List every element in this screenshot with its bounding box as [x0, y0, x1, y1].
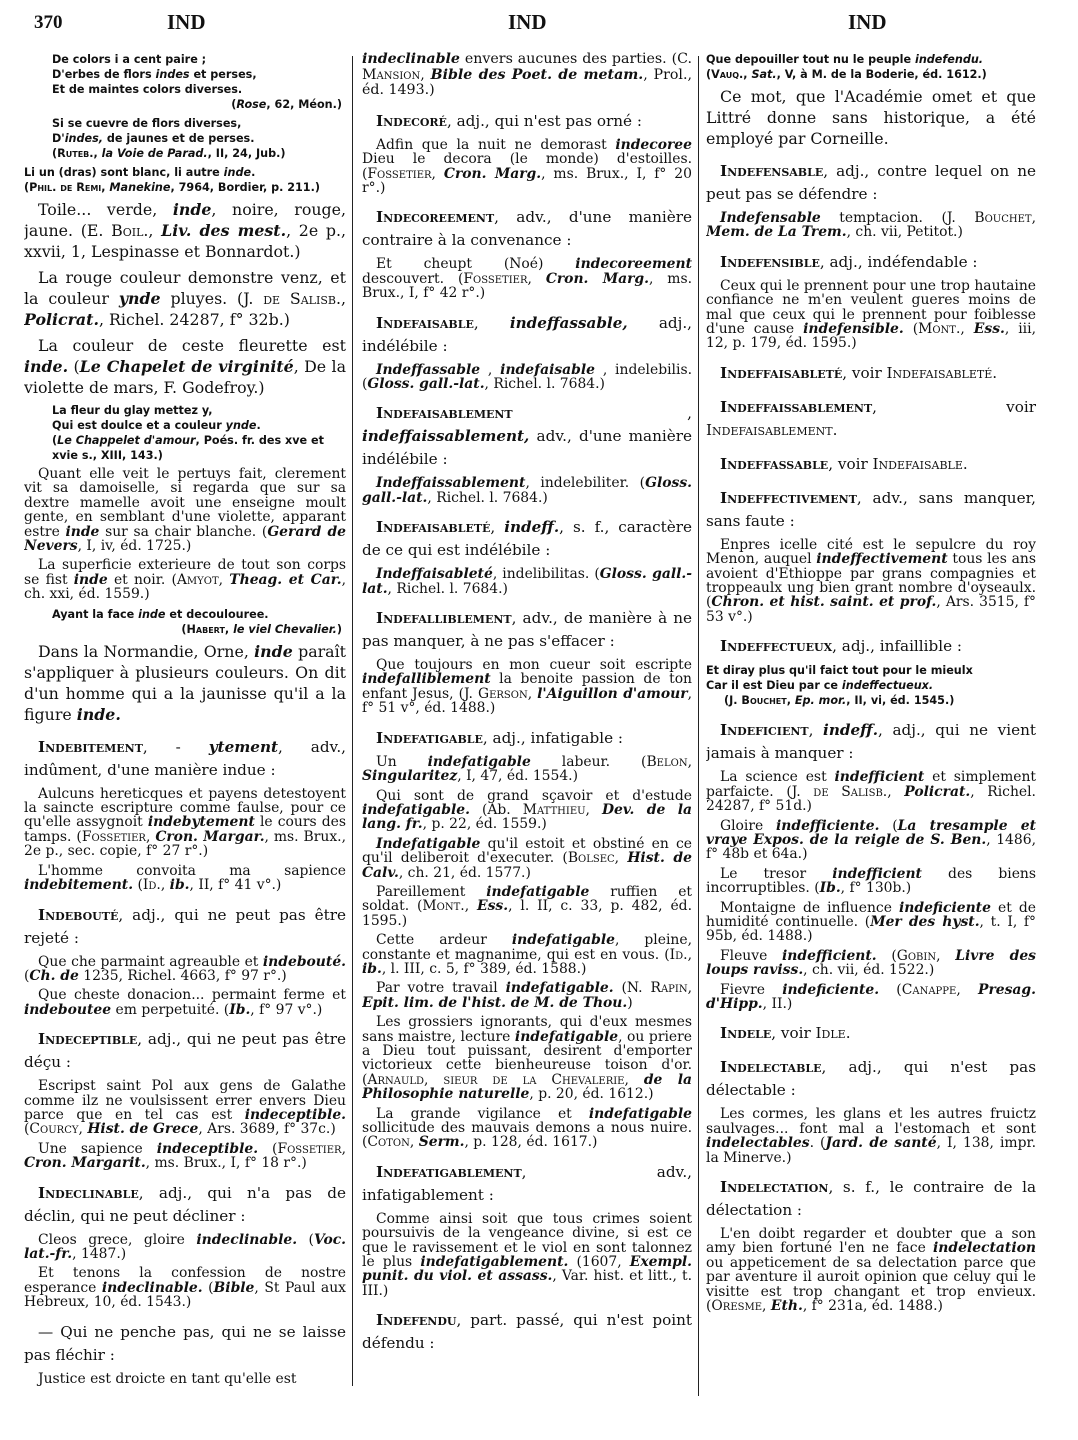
column-right: Que depouiller tout nu le peuple indefen… — [706, 52, 1036, 1440]
italic-text: indefendu. — [915, 53, 983, 66]
text-run: envers aucunes des parties. (C. — [460, 52, 692, 67]
author-name: Idle — [816, 1024, 846, 1042]
italic-text: Eth. — [771, 1298, 803, 1314]
quotation: Indeffassable , indefaisable , indelebil… — [362, 363, 692, 392]
author-name: Bouchet — [741, 694, 786, 707]
commentary: Dans la Normandie, Orne, inde paraît s'a… — [24, 641, 346, 725]
author-name: Indefaisablement — [706, 421, 833, 439]
text-run: , 7964, Bordier, p. 211.) — [170, 181, 319, 194]
italic-text: inde. — [24, 357, 68, 376]
text-run: , II, vi, éd. 1545.) — [846, 694, 954, 707]
text-run: Dans la Normandie, Orne, — [38, 642, 254, 661]
text-run: De colors i a cent paire ; — [52, 53, 206, 66]
text-run: , II, f° 41 v°.) — [190, 877, 282, 893]
headword: Indeffaisableté — [720, 364, 842, 382]
italic-text: Ch. de — [29, 968, 78, 984]
running-head-left: IND — [167, 10, 206, 35]
dictionary-entry: Indeceptible, adj., qui ne peut pas être… — [24, 1028, 346, 1074]
headword: Indele — [720, 1024, 771, 1042]
italic-text: le viel Chevalier. — [233, 623, 337, 636]
text-run: , f° 130b.) — [841, 880, 912, 896]
quotation: Que cheste donacion... permaint ferme et… — [24, 988, 346, 1017]
running-head-center: IND — [508, 10, 547, 35]
italic-text: ynde — [119, 289, 161, 308]
italic-text: Cron. Marg. — [546, 271, 649, 287]
text-run: , adj., indéfendable : — [820, 253, 978, 271]
citation: (Vauq., Sat., V, à M. de la Boderie, éd.… — [706, 67, 1036, 82]
text-run: , indelibilitas. ( — [493, 566, 600, 582]
headword: Indefensable — [720, 162, 823, 180]
text-run: , — [490, 518, 504, 536]
italic-text: Jard. de santé — [825, 1135, 936, 1151]
headword: Indeffassable — [720, 455, 828, 473]
italic-text: Mem. de La Trem. — [706, 224, 847, 240]
italic-text: Le Chappelet d'amour — [57, 434, 195, 447]
quotation: Ceux qui le prennent pour une trop hauta… — [706, 279, 1036, 351]
author-name: Mansion — [362, 67, 420, 83]
quotation: La superficie exterieure de tout son cor… — [24, 558, 346, 601]
headword: Indefatigablement — [376, 1163, 522, 1181]
text-run: La fleur du glay mettez y, — [52, 404, 213, 417]
text-run: Si se cuevre de flors diverses, — [52, 117, 241, 130]
italic-text: ytement — [209, 738, 278, 756]
quotation: Justice est droicte en tant qu'elle est — [24, 1372, 346, 1386]
verse-line: D'erbes de flors indes et perses, — [52, 67, 346, 82]
text-run: Les cormes, les glans et les autres frui… — [706, 1106, 1036, 1136]
author-name: Amyot — [177, 572, 219, 588]
quotation: indeclinable envers aucunes des parties.… — [362, 52, 692, 99]
dictionary-entry: Indefaisableté, indeff., s. f., caractèr… — [362, 516, 692, 562]
dictionary-entry: Indele, voir Idle. — [706, 1022, 1036, 1045]
text-run: , — [94, 147, 102, 160]
italic-text: indeclinable. — [196, 1232, 297, 1248]
italic-text: Sat. — [751, 68, 776, 81]
italic-text: indeff. — [823, 721, 878, 739]
author-name: de Salisb. — [263, 289, 341, 308]
italic-text: Manekine — [109, 181, 170, 194]
text-run: ( — [879, 982, 902, 998]
text-run: ) — [627, 995, 632, 1011]
commentary: Ce mot, que l'Académie omet et que Littr… — [706, 86, 1036, 149]
italic-text: la Voie de Parad. — [102, 147, 208, 160]
column-left: De colors i a cent paire ;D'erbes de flo… — [24, 52, 346, 1440]
headword: Indeficient — [720, 721, 809, 739]
text-run: Que depouiller tout nu le peuple — [706, 53, 915, 66]
text-run: La couleur de ceste fleurette est — [38, 336, 346, 355]
page-number: 370 — [34, 12, 63, 34]
text-run: , — [615, 850, 628, 866]
italic-text: inde — [138, 608, 165, 621]
headword: Indecoré — [376, 112, 447, 130]
headword: Indebouté — [38, 906, 118, 924]
italic-text: indeclinable — [362, 52, 460, 67]
dictionary-entry: Indefaisablement , indeffaissablement, a… — [362, 402, 692, 471]
verse-line: Que depouiller tout nu le peuple indefen… — [706, 52, 1036, 67]
dictionary-entry: Indefatigablement, adv., infatigablement… — [362, 1161, 692, 1207]
text-run: , — [410, 1134, 419, 1150]
text-run: , p. 22, éd. 1559.) — [423, 816, 547, 832]
text-run: . — [251, 166, 255, 179]
dictionary-entry: Indecoreement, adv., d'une manière contr… — [362, 206, 692, 252]
verse-quotation: Que depouiller tout nu le peuple indefen… — [706, 52, 1036, 82]
text-run: , p. 20, éd. 1612.) — [529, 1086, 653, 1102]
italic-text: Rose — [236, 98, 266, 111]
text-run: , — [1032, 210, 1036, 226]
dictionary-entry: Indecoré, adj., qui n'est pas orné : — [362, 110, 692, 133]
text-run: pluyes. (J. — [161, 289, 264, 308]
italic-text: indeboutee — [24, 1002, 111, 1018]
author-name: Habert — [187, 623, 225, 636]
text-run: , I, 47, éd. 1554.) — [457, 768, 578, 784]
verse-line: D'indes, de jaunes et de perses. — [52, 131, 346, 146]
headword: Indefaisablement — [376, 404, 513, 422]
italic-text: Ess. — [974, 321, 1005, 337]
author-name: Ruteb. — [57, 147, 93, 160]
verse-line: Si se cuevre de flors diverses, — [52, 116, 346, 131]
text-run: , 1487.) — [72, 1246, 126, 1262]
italic-text: Bible des Poet. de metam. — [431, 67, 644, 83]
italic-text: inde — [254, 642, 293, 661]
quotation: Quant elle veit le pertuys fait, clereme… — [24, 467, 346, 553]
text-run: , — [161, 877, 170, 893]
quotation: La grande vigilance et indefatigable sol… — [362, 1107, 692, 1150]
quotation: Un indefatigable labeur. (Belon, Singula… — [362, 755, 692, 784]
text-run: de jaunes et de perses. — [103, 132, 254, 145]
author-name: Boil. — [111, 221, 148, 240]
verse-line: Et diray plus qu'il faict tout pour le m… — [706, 663, 1036, 678]
author-name: Indefaisableté — [887, 364, 993, 382]
quotation: Une sapience indeceptible. (Fossetier, C… — [24, 1142, 346, 1171]
quotation: Escripst saint Pol aux gens de Galathe c… — [24, 1079, 346, 1137]
verse-line: Car il est Dieu par ce indeffectueux. — [706, 678, 1036, 693]
text-run: D'erbes de flors — [52, 68, 156, 81]
text-run: , — [342, 1141, 346, 1157]
dictionary-entry: Indeffaissablement, voir Indefaisablemen… — [706, 396, 1036, 442]
dictionary-entry: Indeffaisableté, voir Indefaisableté. — [706, 362, 1036, 385]
italic-text: indeficiente. — [782, 982, 879, 998]
verse-quotation: De colors i a cent paire ;D'erbes de flo… — [24, 52, 346, 112]
dictionary-entry: Indefensible, adj., indéfendable : — [706, 251, 1036, 274]
text-run: , — [787, 694, 795, 707]
italic-text: indes — [156, 68, 190, 81]
text-run: , — [513, 404, 692, 422]
text-run: ( — [133, 877, 143, 893]
text-run: Qui est doulce et a couleur — [52, 419, 226, 432]
text-run: , V, à M. de la Boderie, éd. 1612.) — [777, 68, 987, 81]
citation: (Rose, 62, Méon.) — [52, 97, 346, 112]
quotation: Et tenons la confession de nostre espera… — [24, 1266, 346, 1309]
verse-quotation: Si se cuevre de flors diverses,D'indes, … — [24, 116, 346, 161]
text-run: , — [762, 1298, 771, 1314]
author-name: Coton — [367, 1134, 409, 1150]
text-run: , — [219, 572, 230, 588]
text-run: Toile... verde, — [38, 200, 173, 219]
quotation: Montaigne de influence indeficiente et d… — [706, 901, 1036, 944]
text-run: , — [688, 754, 692, 770]
italic-text: Le Chapelet de virginité — [80, 357, 294, 376]
quotation: Cleos grece, gloire indeclinable. (Voc. … — [24, 1233, 346, 1262]
text-run: , adj., infaillible : — [832, 637, 962, 655]
commentary: La rouge couleur demonstre venz, et la c… — [24, 267, 346, 330]
text-run: , adj., qui n'est pas orné : — [447, 112, 642, 130]
italic-text: inde — [173, 200, 212, 219]
text-run: Justice est droicte en tant qu'elle est — [38, 1371, 296, 1387]
italic-text: Serm. — [419, 1134, 465, 1150]
quotation: Les cormes, les glans et les autres frui… — [706, 1107, 1036, 1165]
quotation: Cette ardeur indefatigable, pleine, cons… — [362, 933, 692, 976]
headword: Indecoreement — [376, 208, 494, 226]
dictionary-entry: Indeclinable, adj., qui n'a pas de décli… — [24, 1182, 346, 1228]
italic-text: indeffassable, — [510, 314, 628, 332]
text-run: Et diray plus qu'il faict tout pour le m… — [706, 664, 973, 677]
italic-text: Ep. mor. — [795, 694, 846, 707]
text-run: , ch. 21, éd. 1577.) — [399, 865, 531, 881]
text-run: , — [465, 898, 477, 914]
quotation: Adfin que la nuit ne demorast indecoree … — [362, 138, 692, 196]
commentary: Toile... verde, inde, noire, rouge, jaun… — [24, 199, 346, 262]
italic-text: Cron. Margarit. — [24, 1155, 146, 1171]
quotation: Que che parmaint agreauble et indebouté.… — [24, 955, 346, 984]
column-divider — [352, 56, 353, 1386]
author-name: Vauq. — [711, 68, 743, 81]
dictionary-entry: Indefatigable, adj., infatigable : — [362, 727, 692, 750]
dictionary-entry: Indefendu, part. passé, qui n'est point … — [362, 1309, 692, 1355]
text-run: , l. III, c. 5, f° 389, éd. 1588.) — [382, 961, 587, 977]
dictionary-entry: Indeficient, indeff., adj., qui ne vient… — [706, 719, 1036, 765]
headword: Indefendu — [376, 1311, 456, 1329]
text-run: Ayant la face — [52, 608, 138, 621]
quotation: Les grossiers ignorants, qui d'eux mesme… — [362, 1015, 692, 1101]
text-run: . — [963, 455, 968, 473]
verse-quotation: La fleur du glay mettez y,Qui est doulce… — [24, 403, 346, 463]
quotation: Le tresor indefficient des biens incorru… — [706, 867, 1036, 896]
text-run: , — [341, 289, 346, 308]
citation: (Le Chappelet d'amour, Poés. fr. des xve… — [52, 433, 346, 463]
quotation: Comme ainsi soit que tous crimes soient … — [362, 1212, 692, 1298]
headword: Indeffaissablement — [720, 398, 872, 416]
text-run: , voir — [842, 364, 886, 382]
italic-text: indeffaissablement, — [362, 427, 529, 445]
headword: Indefaisable — [376, 314, 474, 332]
headword: Indelectable — [720, 1058, 822, 1076]
quotation: Aulcuns hereticques et payens detestoyen… — [24, 787, 346, 859]
italic-text: indebitement. — [24, 877, 133, 893]
column-middle: indeclinable envers aucunes des parties.… — [362, 52, 692, 1440]
quotation: L'en doibt regarder et doubter que a son… — [706, 1227, 1036, 1313]
author-name: Belon — [646, 754, 687, 770]
text-run: . ( — [810, 1135, 826, 1151]
author-name: Id. — [143, 877, 161, 893]
headword: Indebitement — [38, 738, 143, 756]
text-run: , 62, Méon.) — [266, 98, 342, 111]
italic-text: Epit. lim. de l'hist. de M. de Thou. — [362, 995, 627, 1011]
italic-text: ib. — [170, 877, 190, 893]
text-run: . — [846, 1024, 851, 1042]
author-name: Oresme — [711, 1298, 762, 1314]
text-run: , — [148, 221, 161, 240]
verse-quotation: Ayant la face inde et decoulouree.(Haber… — [24, 607, 346, 637]
citation: (J. Bouchet, Ep. mor., II, vi, éd. 1545.… — [706, 693, 1036, 708]
text-run: ) — [337, 623, 342, 636]
text-run: , — [432, 166, 444, 182]
quotation: Qui sont de grand sçavoir et d'estude in… — [362, 789, 692, 832]
italic-text: Liv. des mest. — [161, 221, 286, 240]
author-name: Rapin — [650, 980, 687, 996]
dictionary-entry: Indeffassable, voir Indefaisable. — [706, 453, 1036, 476]
verse-line: Ayant la face inde et decoulouree. — [52, 607, 346, 622]
running-head-right: IND — [848, 10, 887, 35]
italic-text: Policrat. — [904, 784, 970, 800]
italic-text: Policrat. — [24, 310, 99, 329]
citation: (Habert, le viel Chevalier.) — [52, 622, 346, 637]
text-run: , p. 128, éd. 1617.) — [464, 1134, 597, 1150]
text-run: , — [956, 982, 978, 998]
text-run: , f° 97 v°.) — [250, 1002, 322, 1018]
headword: Indefalliblement — [376, 609, 512, 627]
italic-text: ib. — [362, 961, 382, 977]
quotation: Fievre indeficiente. (Canappe, Presag. d… — [706, 983, 1036, 1012]
text-run: — Qui ne penche pas, qui ne se laisse pa… — [24, 1323, 346, 1364]
dictionary-entry: — Qui ne penche pas, qui ne se laisse pa… — [24, 1321, 346, 1367]
italic-text: Mer des hyst. — [870, 914, 979, 930]
quotation: Fleuve indefficient. (Gobin, Livre des l… — [706, 949, 1036, 978]
dictionary-entry: Indefensable, adj., contre lequel on ne … — [706, 160, 1036, 206]
text-run: , — [474, 314, 510, 332]
italic-text: inde. — [77, 705, 121, 724]
italic-text: Gloss. gall.-lat. — [367, 376, 484, 392]
italic-text: Theag. et Car. — [229, 572, 341, 588]
author-name: Phil. de Remi — [29, 181, 101, 194]
text-run: , — [809, 721, 823, 739]
headword: Indeffectueux — [720, 637, 832, 655]
text-run: , voir — [872, 398, 1036, 416]
author-name: Mont. — [918, 321, 960, 337]
text-run: Car il est Dieu par ce — [706, 679, 842, 692]
italic-text: indeffectueux. — [842, 679, 933, 692]
quotation: Enpres icelle cité est le sepulcre du ro… — [706, 538, 1036, 624]
author-name: Indefaisable — [873, 455, 963, 473]
italic-text: Hist. de Grece — [87, 1121, 198, 1137]
author-name: Courcy — [29, 1121, 78, 1137]
text-run: , ch. vii, Petitot.) — [847, 224, 963, 240]
text-run: ( — [203, 1280, 214, 1296]
quotation: Et cheupt (Noé) indecoreement descouvert… — [362, 257, 692, 300]
text-run: . — [833, 421, 838, 439]
author-name: Bolsec — [568, 850, 615, 866]
text-run: em perpetuité. ( — [111, 1002, 229, 1018]
quotation: Par votre travail indefatigable. (N. Rap… — [362, 981, 692, 1010]
dictionary-entry: Indebitement, - ytement, adv., indûment,… — [24, 736, 346, 782]
text-run: , — [225, 623, 233, 636]
verse-line: La fleur du glay mettez y, — [52, 403, 346, 418]
text-run: , Richel. l. 7684.) — [388, 581, 508, 597]
headword: Indelectation — [720, 1178, 828, 1196]
dictionary-entry: Indefalliblement, adv., de manière à ne … — [362, 607, 692, 653]
headword: Indeceptible — [38, 1030, 137, 1048]
text-run: . — [992, 364, 997, 382]
dictionary-entry: Indelectable, adj., qui n'est pas délect… — [706, 1056, 1036, 1102]
italic-text: inde — [224, 166, 251, 179]
text-run: , — [688, 947, 692, 963]
quotation: L'homme convoita ma sapience indebitemen… — [24, 864, 346, 893]
text-run: , f° 231a, éd. 1488.) — [803, 1298, 943, 1314]
dictionary-entry: Indelectation, s. f., le contraire de la… — [706, 1176, 1036, 1222]
text-run: et perses, — [190, 68, 257, 81]
text-run: , — [960, 321, 973, 337]
text-run: Ce mot, que l'Académie omet et que Littr… — [706, 87, 1036, 148]
commentary: La couleur de ceste fleurette est inde. … — [24, 335, 346, 398]
author-name: Bouchet — [974, 210, 1031, 226]
text-run: , Richel. l. 7684.) — [427, 490, 547, 506]
dictionary-entry: Indebouté, adj., qui ne peut pas être re… — [24, 904, 346, 950]
text-run: D' — [52, 132, 65, 145]
italic-text: Ess. — [477, 898, 508, 914]
text-run: , — [586, 802, 602, 818]
citation: (Ruteb., la Voie de Parad., II, 24, Jub.… — [52, 146, 346, 161]
quotation: La science est indefficient et simplemen… — [706, 770, 1036, 813]
quotation: Indeffaissablement, indelebiliter. (Glos… — [362, 476, 692, 505]
text-run: . — [257, 419, 261, 432]
text-run: , Ars. 3689, f° 37c.) — [198, 1121, 335, 1137]
verse-quotation: Li un (dras) sont blanc, li autre inde.(… — [24, 165, 346, 195]
text-run: ( — [297, 1232, 314, 1248]
italic-text: Ib. — [820, 880, 841, 896]
author-name: Mont. — [422, 898, 464, 914]
text-run: Li un (dras) sont blanc, li autre — [24, 166, 224, 179]
text-run: , Richel. l. 7684.) — [485, 376, 605, 392]
quotation: Indefensable temptacion. (J. Bouchet, Me… — [706, 211, 1036, 240]
verse-quotation: Et diray plus qu'il faict tout pour le m… — [706, 663, 1036, 708]
quotation: Pareillement indefatigable ruffien et so… — [362, 885, 692, 928]
text-run: , II.) — [763, 996, 793, 1012]
italic-text: Singularitez — [362, 768, 457, 784]
page-header: 370 IND IND IND — [0, 8, 1078, 38]
italic-text: l'Aiguillon d'amour — [537, 686, 687, 702]
headword: Indeclinable — [38, 1184, 139, 1202]
text-run: , II, 24, Jub.) — [208, 147, 286, 160]
text-run: Et de maintes colors diverses. — [52, 83, 242, 96]
text-run: , — [887, 784, 904, 800]
author-name: Id. — [670, 947, 688, 963]
italic-text: indes, — [65, 132, 103, 145]
text-run: , — [420, 67, 430, 83]
verse-line: De colors i a cent paire ; — [52, 52, 346, 67]
italic-text: ynde — [226, 419, 257, 432]
text-run: , ms. Brux., I, f° 18 r°.) — [146, 1155, 307, 1171]
quotation: Que toujours en mon cueur soit escripte … — [362, 658, 692, 716]
dictionary-entry: Indefaisable, indeffassable, adj., indél… — [362, 312, 692, 358]
headword: Indefatigable — [376, 729, 483, 747]
quotation: Indefatigable qu'il estoit et obstiné en… — [362, 837, 692, 880]
text-run: ( — [68, 357, 80, 376]
citation: (Phil. de Remi, Manekine, 7964, Bordier,… — [24, 180, 346, 195]
verse-line: Qui est doulce et a couleur ynde. — [52, 418, 346, 433]
quotation: Indeffaisableté, indelibilitas. (Gloss. … — [362, 567, 692, 596]
text-run: , — [78, 1121, 87, 1137]
dictionary-entry: Indeffectueux, adj., infaillible : — [706, 635, 1036, 658]
text-run: , I, iv, éd. 1725.) — [78, 538, 192, 554]
text-run: , Richel. 24287, f° 32b.) — [99, 310, 290, 329]
text-run: , — [528, 686, 537, 702]
text-run: ( — [904, 321, 918, 337]
headword: Indefensible — [720, 253, 820, 271]
text-run: , — [936, 948, 955, 964]
quotation: Gloire indefficiente. (La tresample et v… — [706, 819, 1036, 862]
text-run: (J. — [724, 694, 741, 707]
text-run: , ch. vii, éd. 1522.) — [803, 962, 934, 978]
headword: Indeffectivement — [720, 489, 857, 507]
text-run: , — [527, 271, 545, 287]
